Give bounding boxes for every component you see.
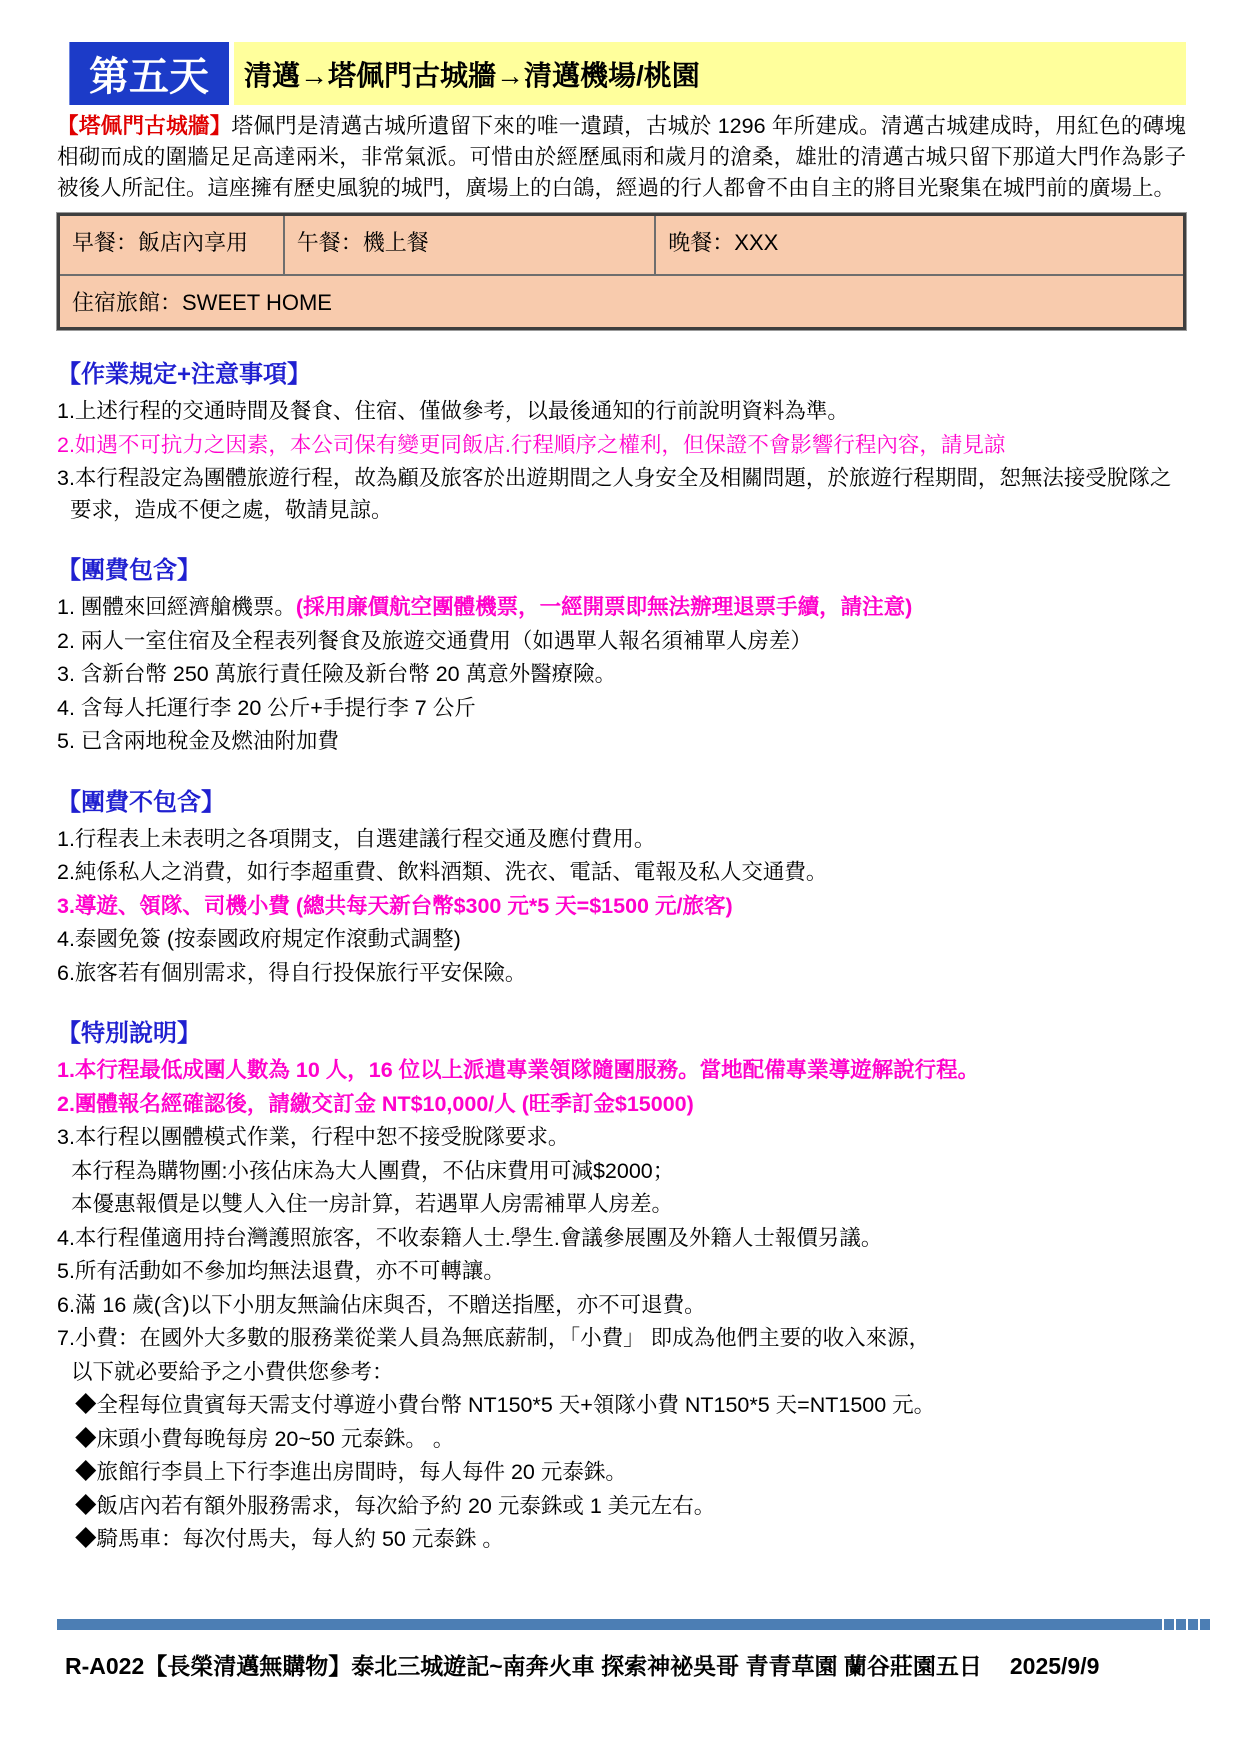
text-run: 2.如遇不可抗力之因素，本公司保有變更同飯店.行程順序之權利，但保證不會影響行程…	[57, 433, 1005, 457]
sections-container: 【作業規定+注意事項】1.上述行程的交通時間及餐食、住宿、僅做參考，以最後通知的…	[0, 354, 1241, 1556]
list-item: 3.本行程設定為團體旅遊行程，故為顧及旅客於出遊期間之人身安全及相關問題，於旅遊…	[57, 463, 1186, 526]
text-run: 以下就必要給予之小費供您參考：	[71, 1360, 394, 1384]
attraction-name-label: 【塔佩門古城牆】	[57, 114, 232, 138]
text-run: ◆騎馬車：每次付馬夫，每人約 50 元泰銖 。	[75, 1527, 504, 1551]
list-item: 3.導遊、領隊、司機小費 (總共每天新台幣$300 元*5 天=$1500 元/…	[57, 891, 1186, 923]
hotel-row: 住宿旅館：SWEET HOME	[59, 275, 1185, 329]
footer-bar-segment	[1164, 1619, 1174, 1630]
list-item: 4. 含每人托運行李 20 公斤+手提行李 7 公斤	[57, 693, 1186, 725]
list-item: 本行程為購物團:小孩佔床為大人團費，不佔床費用可減$2000；	[71, 1156, 1186, 1188]
list-item: 1.本行程最低成團人數為 10 人，16 位以上派遣專業領隊隨團服務。當地配備專…	[57, 1055, 1186, 1087]
section-heading: 【團費包含】	[57, 550, 1186, 585]
list-item: 5. 已含兩地稅金及燃油附加費	[57, 726, 1186, 758]
section-heading: 【作業規定+注意事項】	[57, 354, 1186, 389]
footer-bar-segment	[1188, 1619, 1198, 1630]
list-item: ◆旅館行李員上下行李進出房間時，每人每件 20 元泰銖。	[75, 1457, 1186, 1489]
text-run: 3.本行程以團體模式作業，行程中恕不接受脫隊要求。	[57, 1125, 569, 1149]
text-run: 3.本行程設定為團體旅遊行程，故為顧及旅客於出遊期間之人身安全及相關問題，於旅遊…	[57, 466, 1171, 522]
attraction-description: 【塔佩門古城牆】塔佩門是清邁古城所遺留下來的唯一遺蹟，古城於 1296 年所建成…	[57, 111, 1186, 204]
list-item: 6.滿 16 歲(含)以下小朋友無論佔床與否，不贈送指壓，亦不可退費。	[57, 1290, 1186, 1322]
list-item: 6.旅客若有個別需求，得自行投保旅行平安保險。	[57, 958, 1186, 990]
list-item: ◆騎馬車：每次付馬夫，每人約 50 元泰銖 。	[75, 1524, 1186, 1556]
list-item: 3.本行程以團體模式作業，行程中恕不接受脫隊要求。	[57, 1122, 1186, 1154]
itinerary-page: 第五天 清邁→塔佩門古城牆→清邁機場/桃園 【塔佩門古城牆】塔佩門是清邁古城所遺…	[0, 0, 1241, 1755]
list-item: 7.小費：在國外大多數的服務業從業人員為無底薪制，「小費」 即成為他們主要的收入…	[57, 1323, 1186, 1355]
list-item: ◆床頭小費每晚每房 20~50 元泰銖。 。	[75, 1424, 1186, 1456]
text-run: 本行程為購物團:小孩佔床為大人團費，不佔床費用可減$2000；	[71, 1159, 674, 1183]
text-run: 4.泰國免簽 (按泰國政府規定作滾動式調整)	[57, 927, 461, 951]
footer-title: R-A022【長榮清邁無購物】泰北三城遊記~南奔火車 探索神祕吳哥 青青草園 蘭…	[65, 1648, 1099, 1681]
text-run: 1.行程表上未表明之各項開支，自選建議行程交通及應付費用。	[57, 827, 655, 851]
list-item: 2.團體報名經確認後，請繳交訂金 NT$10,000/人 (旺季訂金$15000…	[57, 1089, 1186, 1121]
breakfast-cell: 早餐：飯店內享用	[59, 215, 284, 276]
list-item: 4.泰國免簽 (按泰國政府規定作滾動式調整)	[57, 924, 1186, 956]
text-run: 3. 含新台幣 250 萬旅行責任險及新台幣 20 萬意外醫療險。	[57, 662, 616, 686]
lunch-cell: 午餐：機上餐	[284, 215, 656, 276]
list-item: 2.如遇不可抗力之因素，本公司保有變更同飯店.行程順序之權利，但保證不會影響行程…	[57, 430, 1186, 462]
text-run: (採用廉價航空團體機票，一經開票即無法辦理退票手續，請注意)	[296, 595, 912, 619]
text-run: 2.團體報名經確認後，請繳交訂金 NT$10,000/人 (旺季訂金$15000…	[57, 1092, 694, 1116]
text-run: 3.導遊、領隊、司機小費 (總共每天新台幣$300 元*5 天=$1500 元/…	[57, 894, 733, 918]
hotel-cell: 住宿旅館：SWEET HOME	[59, 275, 1185, 329]
tour-code-title: R-A022【長榮清邁無購物】泰北三城遊記~南奔火車 探索神祕吳哥 青青草園 蘭…	[65, 1653, 982, 1679]
meal-row: 早餐：飯店內享用 午餐：機上餐 晚餐：XXX	[59, 215, 1185, 276]
footer-date: 2025/9/9	[1010, 1653, 1100, 1679]
text-run: 1. 團體來回經濟艙機票。	[57, 595, 296, 619]
list-item: 以下就必要給予之小費供您參考：	[71, 1357, 1186, 1389]
list-item: 2. 兩人一室住宿及全程表列餐食及旅遊交通費用（如遇單人報名須補單人房差）	[57, 626, 1186, 658]
text-run: ◆床頭小費每晚每房 20~50 元泰銖。 。	[75, 1427, 454, 1451]
footer-divider-bar	[57, 1619, 1210, 1630]
text-run: 本優惠報價是以雙人入住一房計算，若遇單人房需補單人房差。	[71, 1192, 673, 1216]
text-run: 2.純係私人之消費，如行李超重費、飲料酒類、洗衣、電話、電報及私人交通費。	[57, 860, 827, 884]
text-run: 4. 含每人托運行李 20 公斤+手提行李 7 公斤	[57, 696, 476, 720]
list-item: 1.上述行程的交通時間及餐食、住宿、僅做參考，以最後通知的行前說明資料為準。	[57, 396, 1186, 428]
text-run: 6.旅客若有個別需求，得自行投保旅行平安保險。	[57, 961, 526, 985]
list-item: 1. 團體來回經濟艙機票。(採用廉價航空團體機票，一經開票即無法辦理退票手續，請…	[57, 592, 1186, 624]
text-run: ◆全程每位貴賓每天需支付導遊小費台幣 NT150*5 天+領隊小費 NT150*…	[75, 1393, 935, 1417]
day-route-title: 清邁→塔佩門古城牆→清邁機場/桃園	[234, 42, 1186, 105]
text-run: 6.滿 16 歲(含)以下小朋友無論佔床與否，不贈送指壓，亦不可退費。	[57, 1293, 706, 1317]
list-item: 3. 含新台幣 250 萬旅行責任險及新台幣 20 萬意外醫療險。	[57, 659, 1186, 691]
day-header: 第五天 清邁→塔佩門古城牆→清邁機場/桃園	[69, 42, 1186, 105]
text-run: 1.上述行程的交通時間及餐食、住宿、僅做參考，以最後通知的行前說明資料為準。	[57, 399, 849, 423]
text-run: 2. 兩人一室住宿及全程表列餐食及旅遊交通費用（如遇單人報名須補單人房差）	[57, 629, 812, 653]
text-run: 7.小費：在國外大多數的服務業從業人員為無底薪制，「小費」 即成為他們主要的收入…	[57, 1326, 930, 1350]
list-item: ◆飯店內若有額外服務需求，每次給予約 20 元泰銖或 1 美元左右。	[75, 1491, 1186, 1523]
list-item: 2.純係私人之消費，如行李超重費、飲料酒類、洗衣、電話、電報及私人交通費。	[57, 857, 1186, 889]
text-run: 5. 已含兩地稅金及燃油附加費	[57, 729, 339, 753]
list-item: 1.行程表上未表明之各項開支，自選建議行程交通及應付費用。	[57, 824, 1186, 856]
dinner-cell: 晚餐：XXX	[655, 215, 1184, 276]
footer-bar-segment	[1200, 1619, 1210, 1630]
list-item: 5.所有活動如不參加均無法退費，亦不可轉讓。	[57, 1256, 1186, 1288]
text-run: 4.本行程僅適用持台灣護照旅客，不收泰籍人士.學生.會議參展團及外籍人士報價另議…	[57, 1226, 882, 1250]
text-run: 5.所有活動如不參加均無法退費，亦不可轉讓。	[57, 1259, 505, 1283]
text-run: 1.本行程最低成團人數為 10 人，16 位以上派遣專業領隊隨團服務。當地配備專…	[57, 1058, 979, 1082]
text-run: ◆飯店內若有額外服務需求，每次給予約 20 元泰銖或 1 美元左右。	[75, 1494, 715, 1518]
text-run: ◆旅館行李員上下行李進出房間時，每人每件 20 元泰銖。	[75, 1460, 627, 1484]
section-heading: 【特別說明】	[57, 1013, 1186, 1048]
list-item: 4.本行程僅適用持台灣護照旅客，不收泰籍人士.學生.會議參展團及外籍人士報價另議…	[57, 1223, 1186, 1255]
list-item: ◆全程每位貴賓每天需支付導遊小費台幣 NT150*5 天+領隊小費 NT150*…	[75, 1390, 1186, 1422]
day-number-box: 第五天	[69, 42, 229, 105]
meal-table: 早餐：飯店內享用 午餐：機上餐 晚餐：XXX 住宿旅館：SWEET HOME	[57, 213, 1186, 330]
footer-bar-main-segment	[57, 1619, 1162, 1630]
section-heading: 【團費不包含】	[57, 782, 1186, 817]
footer-bar-segment	[1176, 1619, 1186, 1630]
list-item: 本優惠報價是以雙人入住一房計算，若遇單人房需補單人房差。	[71, 1189, 1186, 1221]
